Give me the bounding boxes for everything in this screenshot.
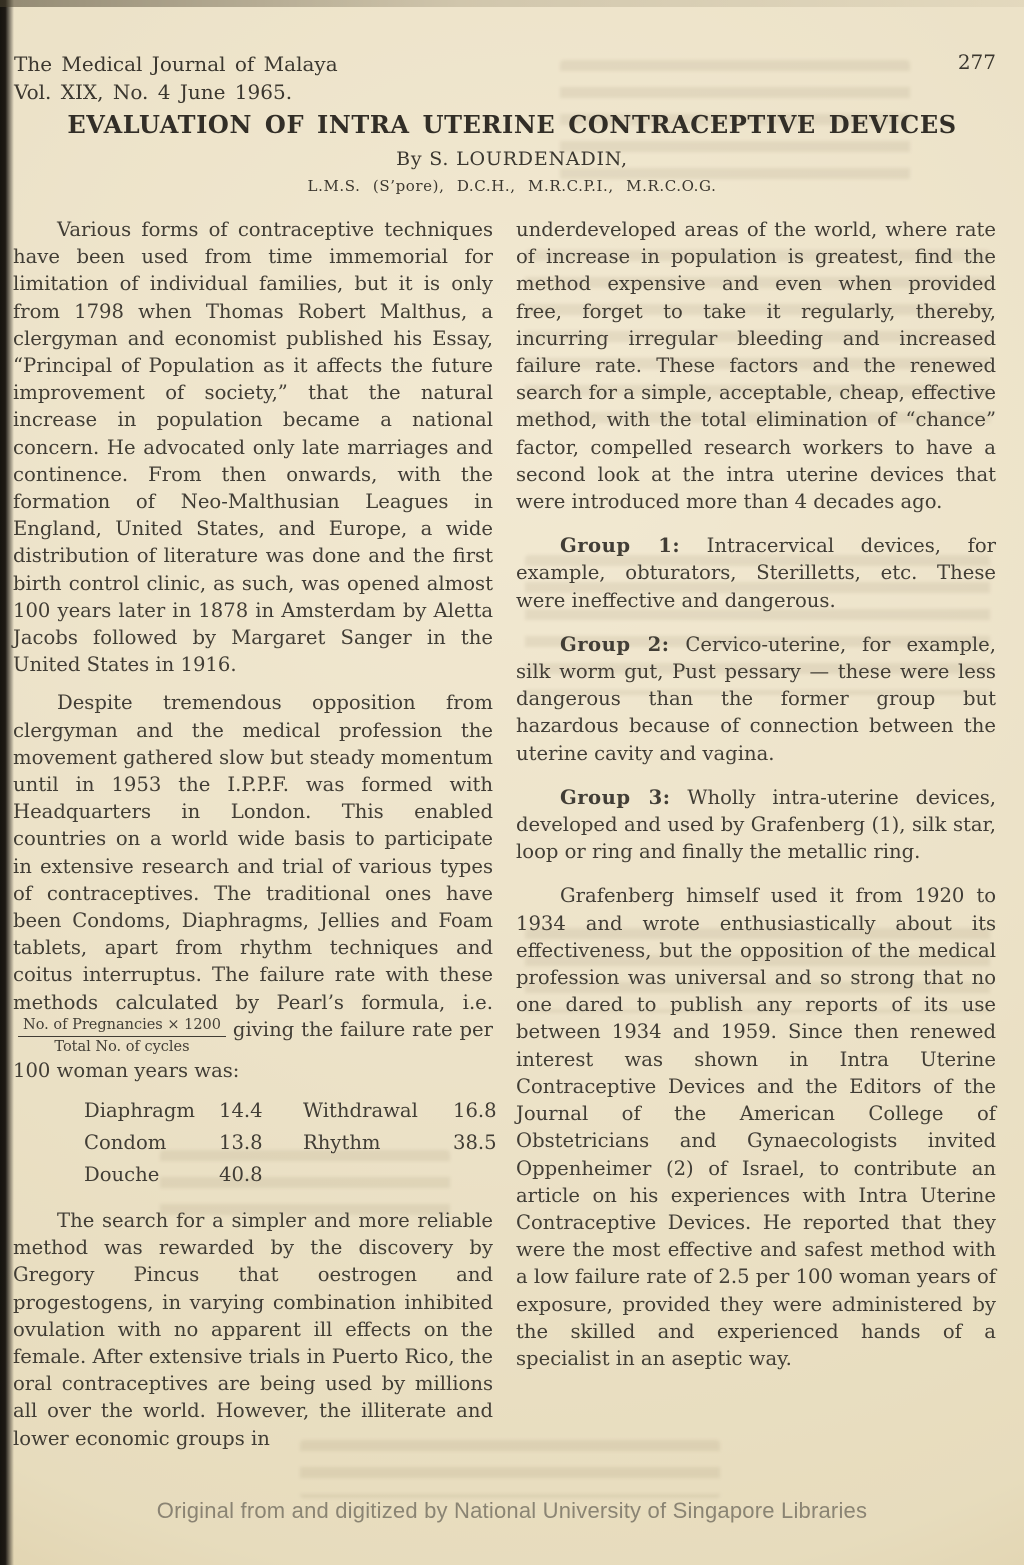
pearls-formula-fraction: No. of Pregnancies × 1200Total No. of cy… bbox=[18, 1016, 226, 1057]
scan-edge-top bbox=[0, 0, 1024, 7]
right-column: underdeveloped areas of the world, where… bbox=[516, 216, 996, 1389]
left-column: Various forms of contraceptive technique… bbox=[13, 216, 493, 1463]
table-cell-value: 14.4 bbox=[219, 1095, 303, 1127]
group-1-paragraph: Group 1: Intracervical devices, for exam… bbox=[516, 532, 996, 614]
article-title: EVALUATION OF INTRA UTERINE CONTRACEPTIV… bbox=[0, 110, 1024, 139]
table-cell-value bbox=[453, 1159, 497, 1191]
paragraph-oral-contraceptives: The search for a simpler and more reliab… bbox=[13, 1207, 493, 1452]
formula-denominator: Total No. of cycles bbox=[18, 1037, 226, 1057]
table-cell-value: 38.5 bbox=[453, 1127, 497, 1159]
paragraph-intro: Various forms of contraceptive technique… bbox=[13, 216, 493, 678]
paragraph-underdeveloped: underdeveloped areas of the world, where… bbox=[516, 216, 996, 515]
group-2-label: Group 2: bbox=[560, 633, 669, 656]
paragraph-grafenberg: Grafenberg himself used it from 1920 to … bbox=[516, 882, 996, 1372]
group-3-paragraph: Group 3: Wholly intra-uterine devices, d… bbox=[516, 784, 996, 866]
table-cell-value: 40.8 bbox=[219, 1159, 303, 1191]
table-cell-method: Condom bbox=[84, 1127, 219, 1159]
failure-rate-table: Diaphragm 14.4 Withdrawal 16.8 Condom 13… bbox=[84, 1095, 493, 1191]
paragraph-movement-text: Despite tremendous opposition from clerg… bbox=[13, 691, 493, 1013]
article-byline: By S. LOURDENADIN, bbox=[0, 148, 1024, 170]
table-cell-method: Rhythm bbox=[303, 1127, 453, 1159]
journal-name: The Medical Journal of Malaya bbox=[14, 50, 338, 78]
group-3-label: Group 3: bbox=[560, 786, 670, 809]
table-cell-method: Douche bbox=[84, 1159, 219, 1191]
table-cell-method: Diaphragm bbox=[84, 1095, 219, 1127]
table-cell-method bbox=[303, 1159, 453, 1191]
group-1-label: Group 1: bbox=[560, 534, 680, 557]
formula-numerator: No. of Pregnancies × 1200 bbox=[18, 1016, 226, 1037]
masthead: The Medical Journal of Malaya Vol. XIX, … bbox=[14, 50, 338, 106]
journal-page-scan: The Medical Journal of Malaya Vol. XIX, … bbox=[0, 0, 1024, 1565]
page-number: 277 bbox=[958, 50, 996, 74]
paragraph-movement: Despite tremendous opposition from clerg… bbox=[13, 689, 493, 1083]
table-cell-value: 13.8 bbox=[219, 1127, 303, 1159]
table-cell-method: Withdrawal bbox=[303, 1095, 453, 1127]
table-cell-value: 16.8 bbox=[453, 1095, 497, 1127]
author-credentials: L.M.S. (S’pore), D.C.H., M.R.C.P.I., M.R… bbox=[0, 177, 1024, 195]
scan-edge-left bbox=[0, 0, 14, 1565]
group-2-paragraph: Group 2: Cervico-uterine, for example, s… bbox=[516, 631, 996, 767]
journal-volume-line: Vol. XIX, No. 4 June 1965. bbox=[14, 78, 338, 106]
library-watermark: Original from and digitized by National … bbox=[0, 1498, 1024, 1524]
